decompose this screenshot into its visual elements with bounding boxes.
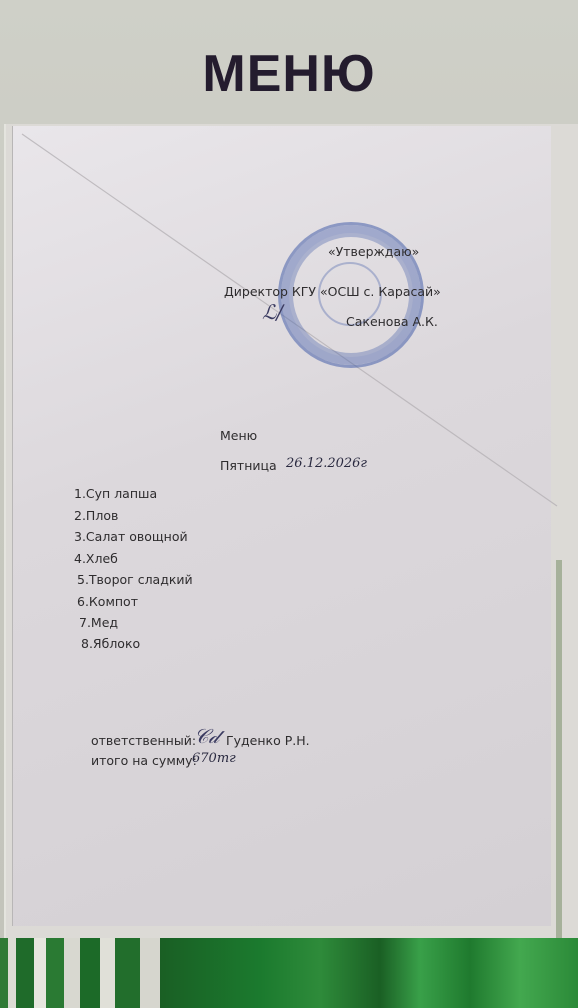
- responsible-label: ответственный:: [91, 733, 196, 748]
- responsible-signature-icon: 𝒞𝒹: [194, 724, 219, 748]
- date-handwritten: 26.12.2026г: [286, 456, 367, 471]
- menu-item: 5.Творог сладкий: [77, 572, 193, 587]
- menu-item: 6.Компот: [77, 594, 138, 609]
- approval-position: Директор КГУ «ОСШ с. Карасай»: [224, 284, 441, 299]
- approval-label: «Утверждаю»: [328, 244, 419, 259]
- menu-item: 8.Яблоко: [81, 636, 140, 651]
- director-signature-icon: ℒ∕: [262, 300, 283, 324]
- day-label: Пятница: [220, 458, 277, 473]
- menu-document-sheet: [12, 126, 551, 926]
- approval-name: Сакенова А.К.: [346, 314, 438, 329]
- menu-item: 1.Суп лапша: [74, 486, 157, 501]
- menu-item: 3.Салат овощной: [74, 529, 188, 544]
- holder-rail-right: [556, 560, 562, 940]
- total-label: итого на сумму:: [91, 753, 197, 768]
- menu-item: 2.Плов: [74, 508, 118, 523]
- responsible-name: Гуденко Р.Н.: [226, 733, 310, 748]
- board-title: МЕНЮ: [0, 44, 578, 104]
- menu-item: 7.Мед: [79, 615, 118, 630]
- document-heading: Меню: [220, 428, 257, 443]
- menu-item: 4.Хлеб: [74, 551, 118, 566]
- total-handwritten: 670тг: [192, 751, 236, 766]
- grass-wallpaper-border: [0, 938, 578, 1008]
